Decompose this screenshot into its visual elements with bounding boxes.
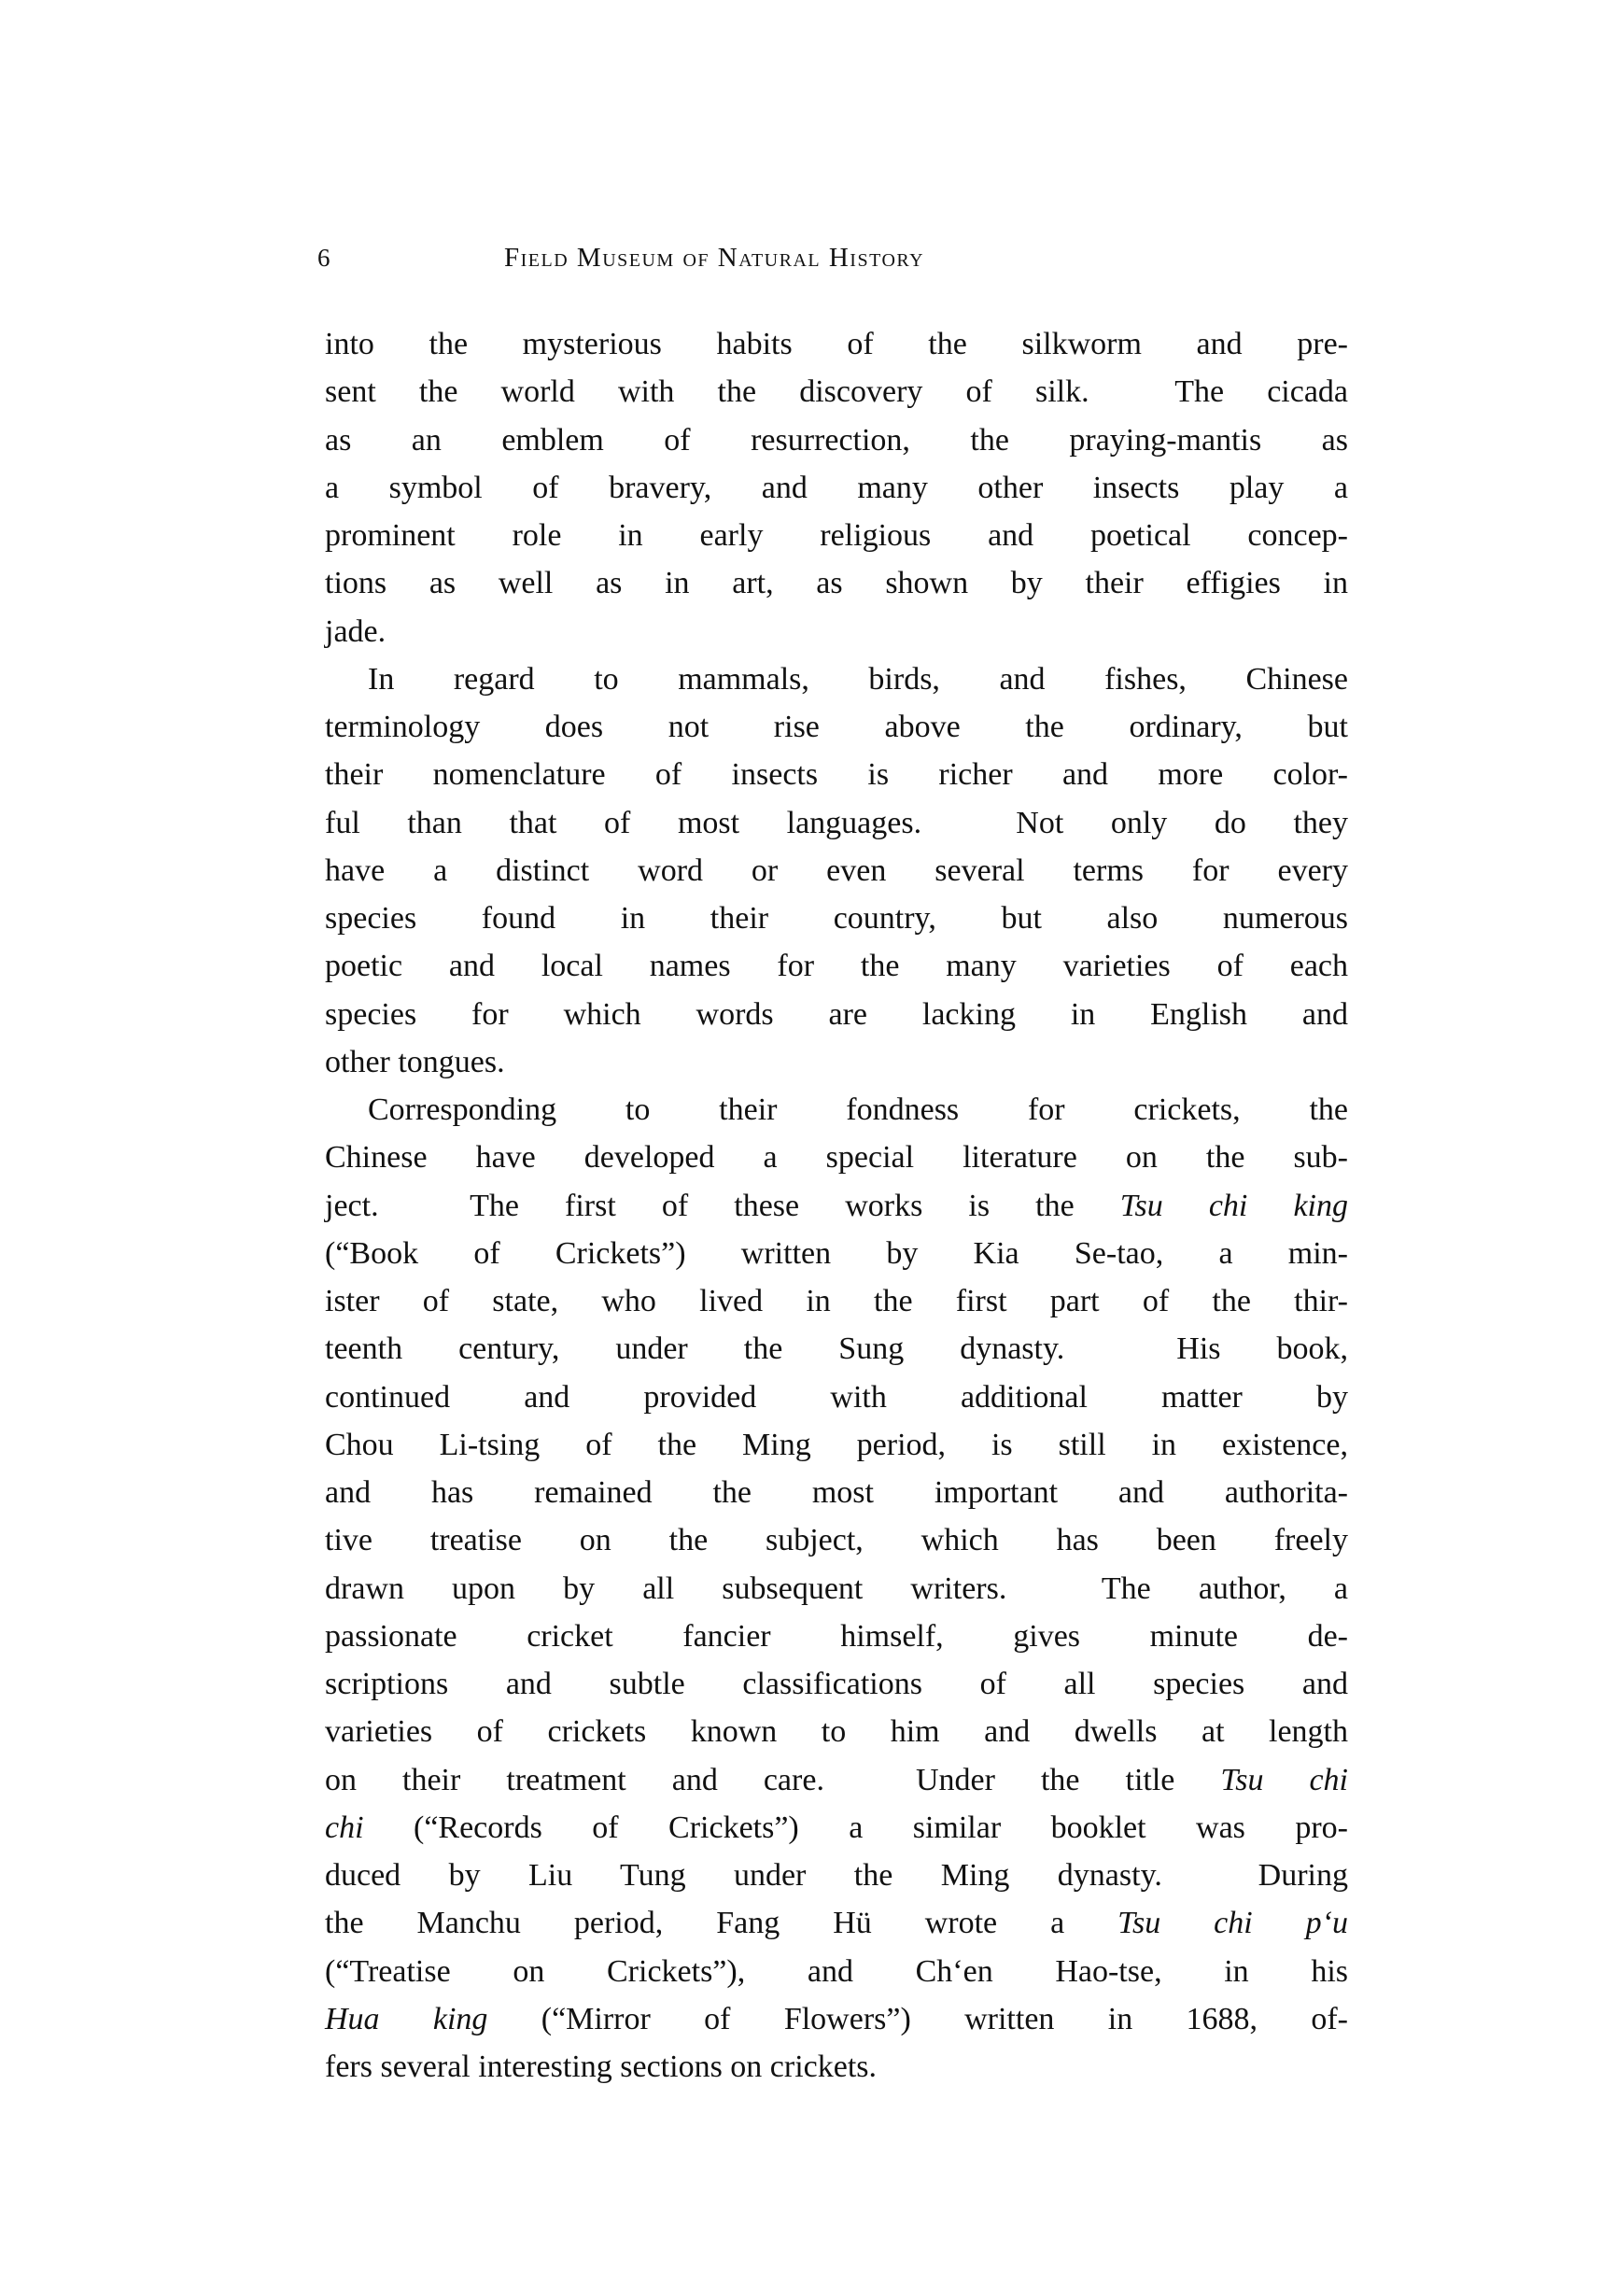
text-line: prominent role in early religious and po… [325, 512, 1348, 559]
text-segment: prominent role in early religious and po… [325, 518, 1348, 553]
text-line: drawn upon by all subsequent writers. Th… [325, 1565, 1348, 1613]
text-line: as an emblem of resurrection, the prayin… [325, 416, 1348, 464]
italic-title: Hua king [325, 2002, 487, 2036]
text-segment: poetic and local names for the many vari… [325, 949, 1348, 983]
text-segment: have a distinct word or even several ter… [325, 853, 1348, 888]
text-line: and has remained the most important and … [325, 1469, 1348, 1516]
text-line: varieties of crickets known to him and d… [325, 1708, 1348, 1755]
text-line: into the mysterious habits of the silkwo… [325, 320, 1348, 368]
text-line: ful than that of most languages. Not onl… [325, 799, 1348, 847]
text-segment: sent the world with the discovery of sil… [325, 374, 1348, 409]
text-line: continued and provided with additional m… [325, 1373, 1348, 1421]
text-segment: In regard to mammals, birds, and fishes,… [368, 662, 1348, 697]
text-line: tions as well as in art, as shown by the… [325, 559, 1348, 607]
text-line: teenth century, under the Sung dynasty. … [325, 1325, 1348, 1373]
text-segment: terminology does not rise above the ordi… [325, 710, 1348, 744]
italic-title: Tsu chi king [1120, 1189, 1348, 1223]
text-segment: continued and provided with additional m… [325, 1380, 1348, 1415]
text-line: a symbol of bravery, and many other inse… [325, 464, 1348, 512]
text-segment: on their treatment and care. Under the t… [325, 1763, 1220, 1797]
text-line: have a distinct word or even several ter… [325, 847, 1348, 894]
text-line: terminology does not rise above the ordi… [325, 703, 1348, 751]
text-line: tive treatise on the subject, which has … [325, 1516, 1348, 1564]
text-line: ister of state, who lived in the first p… [325, 1277, 1348, 1325]
text-line: other tongues. [325, 1038, 1348, 1086]
body-text: into the mysterious habits of the silkwo… [325, 320, 1348, 2091]
text-segment: the Manchu period, Fang Hü wrote a [325, 1906, 1117, 1940]
text-segment: Corresponding to their fondness for cric… [368, 1092, 1348, 1127]
text-segment: their nomenclature of insects is richer … [325, 757, 1348, 792]
text-line: the Manchu period, Fang Hü wrote a Tsu c… [325, 1899, 1348, 1947]
text-line: fers several interesting sections on cri… [325, 2043, 1348, 2091]
text-segment: teenth century, under the Sung dynasty. … [325, 1331, 1348, 1366]
text-segment: drawn upon by all subsequent writers. Th… [325, 1571, 1348, 1606]
text-line: poetic and local names for the many vari… [325, 942, 1348, 990]
text-segment: tive treatise on the subject, which has … [325, 1523, 1348, 1557]
paragraph-first-line: Corresponding to their fondness for cric… [325, 1086, 1348, 1134]
text-segment: passionate cricket fancier himself, give… [325, 1619, 1348, 1654]
text-segment: fers several interesting sections on cri… [325, 2049, 877, 2084]
text-segment: (“Records of Crickets”) a similar bookle… [364, 1810, 1348, 1845]
text-segment: a symbol of bravery, and many other inse… [325, 471, 1348, 505]
text-segment: ister of state, who lived in the first p… [325, 1284, 1348, 1318]
text-line: their nomenclature of insects is richer … [325, 751, 1348, 798]
text-segment: scriptions and subtle classifications of… [325, 1667, 1348, 1701]
text-segment: Chou Li-tsing of the Ming period, is sti… [325, 1428, 1348, 1462]
text-line: Hua king (“Mirror of Flowers”) written i… [325, 1995, 1348, 2043]
italic-title: Tsu chi [1220, 1763, 1348, 1797]
text-line: on their treatment and care. Under the t… [325, 1756, 1348, 1804]
text-segment: tions as well as in art, as shown by the… [325, 566, 1348, 600]
text-line: duced by Liu Tung under the Ming dynasty… [325, 1852, 1348, 1899]
text-line: ject. The first of these works is the Ts… [325, 1182, 1348, 1230]
text-line: sent the world with the discovery of sil… [325, 368, 1348, 416]
text-segment: (“Mirror of Flowers”) written in 1688, o… [487, 2002, 1348, 2036]
text-segment: and has remained the most important and … [325, 1475, 1348, 1510]
text-segment: jade. [325, 614, 386, 649]
page-number: 6 [317, 241, 330, 275]
text-segment: duced by Liu Tung under the Ming dynasty… [325, 1858, 1348, 1893]
text-segment: (“Treatise on Crickets”), and Ch‘en Hao-… [325, 1954, 1348, 1989]
text-line: scriptions and subtle classifications of… [325, 1660, 1348, 1708]
text-line: chi (“Records of Crickets”) a similar bo… [325, 1804, 1348, 1852]
text-line: (“Book of Crickets”) written by Kia Se-t… [325, 1230, 1348, 1277]
text-segment: ful than that of most languages. Not onl… [325, 806, 1348, 840]
text-segment: (“Book of Crickets”) written by Kia Se-t… [325, 1236, 1348, 1271]
text-line: species for which words are lacking in E… [325, 991, 1348, 1038]
text-line: passionate cricket fancier himself, give… [325, 1613, 1348, 1660]
text-segment: other tongues. [325, 1045, 505, 1079]
text-segment: species found in their country, but also… [325, 901, 1348, 936]
italic-title: Tsu chi p‘u [1117, 1906, 1348, 1940]
running-title: Field Museum of Natural History [504, 241, 924, 275]
text-line: jade. [325, 608, 1348, 655]
text-line: Chou Li-tsing of the Ming period, is sti… [325, 1421, 1348, 1469]
text-line: species found in their country, but also… [325, 894, 1348, 942]
text-line: (“Treatise on Crickets”), and Ch‘en Hao-… [325, 1948, 1348, 1995]
text-segment: ject. The first of these works is the [325, 1189, 1120, 1223]
text-line: Chinese have developed a special literat… [325, 1134, 1348, 1181]
text-segment: species for which words are lacking in E… [325, 997, 1348, 1032]
text-segment: as an emblem of resurrection, the prayin… [325, 423, 1348, 458]
italic-title: chi [325, 1810, 364, 1845]
paragraph-first-line: In regard to mammals, birds, and fishes,… [325, 655, 1348, 703]
running-head: 6 Field Museum of Natural History [317, 241, 1347, 275]
text-segment: varieties of crickets known to him and d… [325, 1714, 1348, 1749]
text-segment: into the mysterious habits of the silkwo… [325, 327, 1348, 361]
book-page: 6 Field Museum of Natural History into t… [0, 0, 1616, 2296]
text-segment: Chinese have developed a special literat… [325, 1140, 1348, 1175]
